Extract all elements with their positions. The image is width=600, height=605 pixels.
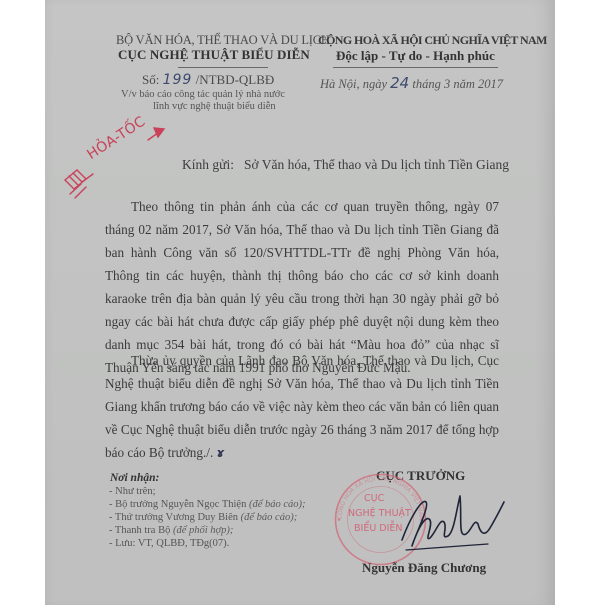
recipient-list-item: - Lưu: VT, QLBĐ, TĐg(07). (109, 538, 229, 549)
place-date: Hà Nội, ngày 24 tháng 3 năm 2017 (320, 74, 503, 92)
recipient-list-item: - Thứ trưởng Vương Duy Biên (để báo cáo)… (109, 512, 297, 523)
recipient-item-note: (để phối hợp); (173, 525, 233, 536)
recipient-item-text: - Thứ trưởng Vương Duy Biên (109, 512, 241, 523)
header-right-divider (333, 67, 498, 68)
handwritten-initial-mark: ɤ (217, 446, 225, 460)
recipient-item-note: (để báo cáo); (249, 499, 306, 510)
national-motto: Độc lập - Tự do - Hạnh phúc (336, 48, 495, 64)
recipient-line: Kính gửi:Sở Văn hóa, Thể thao và Du lịch… (182, 157, 509, 173)
ministry-name: BỘ VĂN HÓA, THỂ THAO VÀ DU LỊCH (116, 33, 330, 48)
nation-name: CỘNG HOÀ XÃ HỘI CHỦ NGHĨA VIỆT NAM (318, 33, 547, 48)
department-name: CỤC NGHỆ THUẬT BIỂU DIỄN (118, 47, 310, 63)
recipient-list-item: - Thanh tra Bộ (để phối hợp); (109, 525, 233, 536)
place-date-suffix: tháng 3 năm 2017 (409, 77, 503, 91)
seal-line-3: BIỂU DIỄN (354, 523, 403, 534)
handwritten-doc-number: 199 (163, 72, 193, 88)
recipient-list-item: - Như trên; (109, 486, 156, 497)
body-paragraph-2: Thừa ủy quyền của Lãnh đạo Bộ Văn hóa, T… (105, 349, 499, 465)
seal-line-1: CỤC (364, 493, 384, 504)
recipient-label: Kính gửi: (182, 157, 234, 172)
paragraph-text: Thừa ủy quyền của Lãnh đạo Bộ Văn hóa, T… (105, 353, 499, 460)
recipients-title: Nơi nhận: (110, 472, 159, 484)
doc-number-prefix: Số: (142, 72, 163, 87)
subject-line-1: V/v báo cáo công tác quản lý nhà nước (121, 89, 285, 100)
signer-name: Nguyễn Đăng Chương (362, 560, 486, 576)
handwritten-day: 24 (390, 74, 409, 92)
header-left-divider (178, 67, 268, 68)
recipient-name: Sở Văn hóa, Thể thao và Du lịch tỉnh Tiề… (244, 157, 509, 172)
recipient-item-note: (để báo cáo); (241, 512, 298, 523)
recipient-item-text: - Bộ trưởng Nguyễn Ngọc Thiện (109, 499, 249, 510)
recipient-list-item: - Bộ trưởng Nguyễn Ngọc Thiện (để báo cá… (109, 499, 306, 510)
document-number: Số: 199 /NTBD-QLBĐ (142, 72, 274, 88)
signature-icon (400, 488, 510, 558)
doc-number-suffix: /NTBD-QLBĐ (192, 72, 274, 87)
place-date-prefix: Hà Nội, ngày (320, 77, 390, 91)
recipient-item-text: - Lưu: VT, QLBĐ, TĐg(07). (109, 538, 229, 549)
recipient-item-text: - Thanh tra Bộ (109, 525, 173, 536)
recipient-item-text: - Như trên; (109, 486, 156, 497)
subject-line-2: lĩnh vực nghệ thuật biểu diễn (153, 101, 276, 112)
